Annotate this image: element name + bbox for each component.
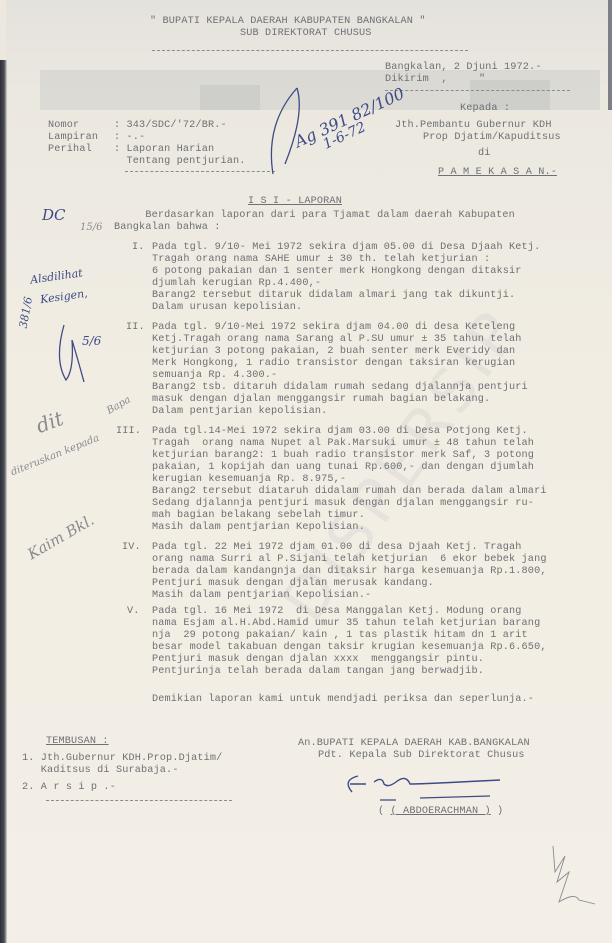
signature-line2: Pdt. Kepala Sub Direktorat Chusus xyxy=(318,750,525,762)
item-number: I. xyxy=(132,242,145,254)
place-date: Bangkalan, 2 Djuni 1972.- xyxy=(385,62,542,74)
item-line: Tragah orang nama SAHE umur ± 30 th. tel… xyxy=(152,254,490,266)
signatory-name: ( ( ABDOERACHMAN ) ) xyxy=(378,806,503,818)
item-line: mah bagian belakang sebelah timur. xyxy=(152,510,365,522)
tembusan-rule xyxy=(46,800,232,801)
item-number: V. xyxy=(127,606,140,618)
signatory-name-text: ( ABDOERACHMAN ) xyxy=(391,806,491,817)
letterhead-line1: " BUPATI KEPALA DAERAH KABUPATEN BANGKAL… xyxy=(150,16,426,28)
item-line: besar model takabuan dengan taksir krugi… xyxy=(152,642,547,654)
item-line: Merk Hongkong, 1 radio transistor dengan… xyxy=(152,358,515,370)
tembusan-item: Kaditsus di Surabaja.- xyxy=(22,765,179,777)
item-number: III. xyxy=(116,426,141,438)
item-line: Dalam urusan kepolisian. xyxy=(152,302,302,314)
item-line: masuk dengan djalan menggangsir rumah ba… xyxy=(152,394,490,406)
tembusan-item: 1. Jth.Gubernur KDH.Prop.Djatim/ xyxy=(22,753,222,765)
recipient-city: P A M E K A S A N.- xyxy=(438,167,557,179)
item-line: djumlah kerugian Rp.4.400,- xyxy=(152,278,321,290)
item-line: Masih dalam pentjarian Kepolisian.- xyxy=(152,590,371,602)
perihal-rule xyxy=(125,171,275,172)
tembusan-title: TEMBUSAN : xyxy=(46,736,109,748)
item-line: kerugian kesemuanja Rp. 8.975,- xyxy=(152,474,346,486)
letterhead-rule xyxy=(152,50,468,51)
nomor-value: : 343/SDC/'72/BR.- xyxy=(114,120,227,132)
item-line: Sedang djalannja pentjuri masuk dengan d… xyxy=(152,498,534,510)
handwritten-bracket xyxy=(255,84,315,184)
item-line: berada dalam kandangnja dan ditaksir har… xyxy=(152,566,547,578)
perihal-value-2: Tentang pentjurian. xyxy=(114,156,246,168)
recipient-line1: Jth.Pembantu Gubernur KDH xyxy=(395,120,552,132)
report-title: I S I - LAPORAN xyxy=(248,196,342,208)
lampiran-label: Lampiran xyxy=(48,132,98,144)
item-line: ketjurian barang2: 1 buah radio transist… xyxy=(152,450,534,462)
recipient-di: di xyxy=(478,148,491,160)
tembusan-item: 2. A r s i p .- xyxy=(22,782,116,794)
item-line: Barang2 tsb. ditaruh didalam rumah sedan… xyxy=(152,382,528,394)
kepada-label: Kepada : xyxy=(460,103,510,115)
item-line: Pentjuri masuk dengan djalan merusak kan… xyxy=(152,578,434,590)
item-number: II. xyxy=(126,322,145,334)
item-line: Dalam pentjarian kepolisian. xyxy=(152,406,327,418)
item-line: 6 potong pakaian dan 1 senter merk Hongk… xyxy=(152,266,522,278)
item-line: Pentjuri masuk dengan djalan xxxx mengga… xyxy=(152,654,484,666)
item-line: Tragah orang nama Nupet al Pak.Marsuki u… xyxy=(152,438,534,450)
item-line: pakaian, 1 kopijah dan uang tunai Rp.600… xyxy=(152,462,534,474)
item-line: Masih dalam pentjarian Kepolisian. xyxy=(152,522,365,534)
item-line: ketjurian 3 potong pakaian, 2 buah sente… xyxy=(152,346,515,358)
scan-left-edge xyxy=(0,60,7,943)
scan-right-edge xyxy=(608,0,612,110)
date-rule xyxy=(385,90,570,91)
intro-line1: Berdasarkan laporan dari para Tjamat dal… xyxy=(114,210,515,222)
item-line: Ketj.Tragah orang nama Sarang al P.SU um… xyxy=(152,334,522,346)
perihal-value-1: : Laporan Harian xyxy=(114,144,214,156)
item-line: nama Esjam al.H.Abd.Hamid umur 35 tahun … xyxy=(152,618,540,630)
item-line: Barang2 tersebut ditaruk didalam almari … xyxy=(152,290,515,302)
handwritten-date-pencil: 15/6 xyxy=(80,222,102,233)
handwritten-dc: DC xyxy=(42,206,66,224)
dikirim-line: Dikirim , " xyxy=(385,74,485,86)
item-line: Barang2 tersebut diataruh didalam rumah … xyxy=(152,486,547,498)
signature-line1: An.BUPATI KEPALA DAERAH KAB.BANGKALAN xyxy=(298,738,530,750)
intro-line2: Bangkalan bahwa : xyxy=(114,222,220,234)
item-line: semuanja Rp. 4.300.- xyxy=(152,370,277,382)
perihal-label: Perihal xyxy=(48,144,92,156)
nomor-label: Nomor xyxy=(48,120,79,132)
item-line: Pada tgl. 9/10-Mei 1972 sekira djam 04.0… xyxy=(152,322,515,334)
closing-line: Demikian laporan kami untuk mendjadi per… xyxy=(152,694,534,706)
item-line: Pada tgl. 16 Mei 1972 di Desa Manggalan … xyxy=(152,606,522,618)
handwritten-initial xyxy=(54,320,94,390)
item-line: Pada tgl. 9/10- Mei 1972 sekira djam 05.… xyxy=(152,242,540,254)
item-line: Pada tgl.14-Mei 1972 sekira djam 03.00 d… xyxy=(152,426,528,438)
lampiran-value: : -.- xyxy=(114,132,145,144)
pencil-initial xyxy=(535,842,605,922)
letterhead-line2: SUB DIREKTORAT CHUSUS xyxy=(240,28,372,40)
item-line: Pada tgl. 22 Mei 1972 djam 01.00 di desa… xyxy=(152,542,522,554)
item-line: Pentjurinja telah berada dalam tangan ja… xyxy=(152,666,484,678)
recipient-line2: Prop Djatim/Kapuditsus xyxy=(423,132,561,144)
signature-scribble xyxy=(340,766,520,806)
item-line: nja 29 potong pakaian/ kain , 1 tas plas… xyxy=(152,630,528,642)
item-number: IV. xyxy=(122,542,141,554)
scan-artifact-block xyxy=(200,85,260,110)
item-line: orang nama Surri al P.Sijani telah ketju… xyxy=(152,554,547,566)
